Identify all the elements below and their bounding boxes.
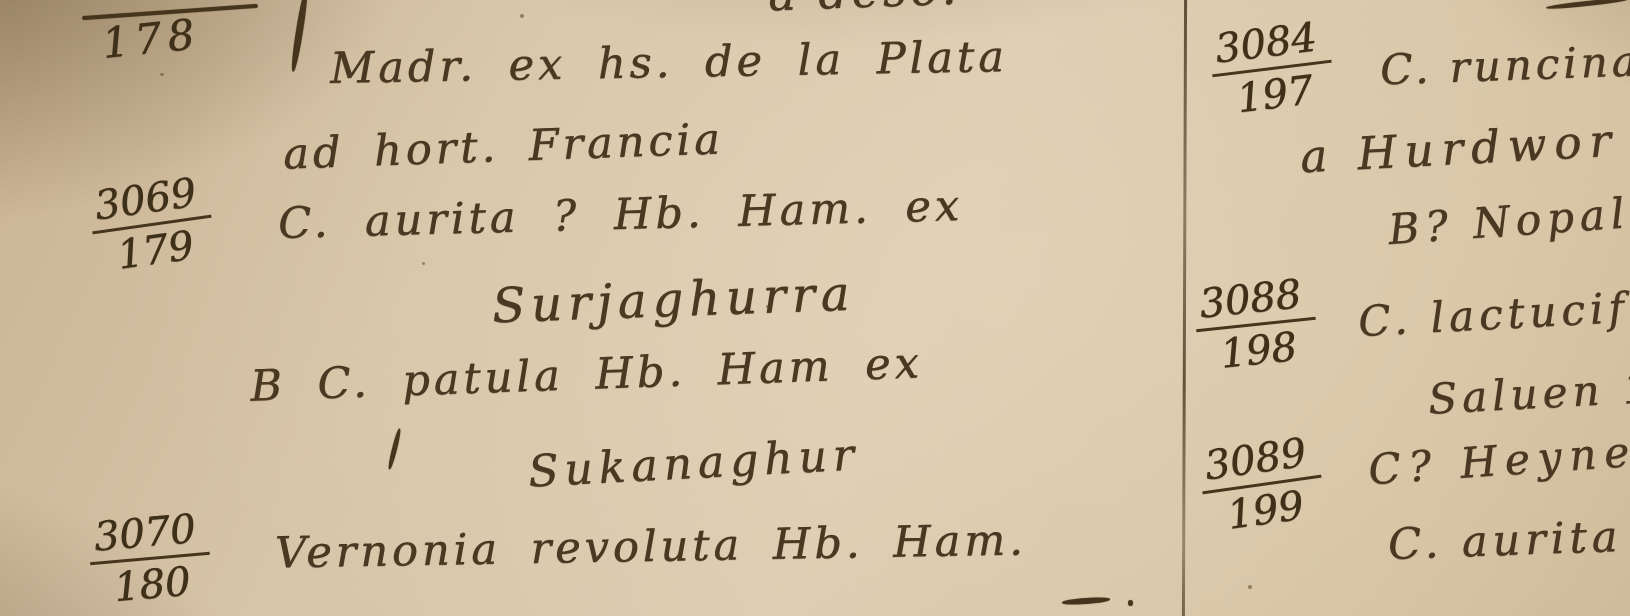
paper-speck xyxy=(520,14,524,18)
manuscript-line: C? Heyne xyxy=(1367,427,1630,495)
manuscript-line-fragment: a deso. xyxy=(767,0,961,21)
catalog-number-bottom: 198 xyxy=(1218,322,1299,378)
manuscript-line: Saluen 18 xyxy=(1427,361,1630,423)
catalog-number: 3084 197 xyxy=(1206,13,1337,125)
manuscript-line: a Hurdwor xyxy=(1299,114,1620,184)
catalog-number-top: 3089 xyxy=(1196,428,1322,494)
paper-speck xyxy=(160,73,164,76)
catalog-number-bottom: 180 xyxy=(112,557,192,611)
manuscript-line: C. lactucif xyxy=(1357,283,1630,346)
catalog-number-top: 3069 xyxy=(86,168,212,234)
paper-speck xyxy=(766,305,769,308)
ink-stroke xyxy=(387,428,402,470)
ink-stroke xyxy=(1128,600,1133,606)
manuscript-line: C. aurita ? Hb. Ham. ex xyxy=(277,181,963,249)
column-divider-rule xyxy=(1182,0,1187,616)
manuscript-page: a deso. 178 Madr. ex hs. de la Plata ad … xyxy=(0,0,1630,616)
manuscript-line: B? Nopali xyxy=(1387,187,1630,254)
ink-stroke xyxy=(1062,596,1110,605)
catalog-number-top: 3084 xyxy=(1206,13,1331,77)
catalog-number: 3089 199 xyxy=(1196,428,1328,542)
catalog-number: 3070 180 xyxy=(86,505,214,613)
manuscript-line: ad hort. Francia xyxy=(282,114,724,179)
catalog-number-bottom: 199 xyxy=(1224,481,1306,539)
catalog-number: 3088 198 xyxy=(1191,270,1320,380)
catalog-number-top: 3070 xyxy=(86,505,210,565)
manuscript-line: C. aurita xyxy=(1387,512,1623,570)
catalog-number-top: 3088 xyxy=(1191,270,1315,332)
manuscript-line: Sukanaghur xyxy=(527,429,861,497)
manuscript-line: B C. patula Hb. Ham ex xyxy=(249,338,923,411)
manuscript-line: Madr. ex hs. de la Plata xyxy=(330,32,1009,94)
manuscript-line: C. runcinata xyxy=(1379,35,1630,95)
manuscript-line: Surjaghurra xyxy=(491,266,856,335)
ink-stroke xyxy=(290,0,310,72)
catalog-number-bottom: 178 xyxy=(100,9,203,68)
paper-speck xyxy=(422,262,425,265)
manuscript-line: Vernonia revoluta Hb. Ham. xyxy=(275,515,1027,578)
ink-stroke xyxy=(1546,0,1628,10)
catalog-number-bottom: 197 xyxy=(1234,65,1316,122)
paper-speck xyxy=(1248,585,1252,589)
catalog-number: 3069 179 xyxy=(86,168,218,282)
catalog-number-bottom: 179 xyxy=(114,221,196,279)
